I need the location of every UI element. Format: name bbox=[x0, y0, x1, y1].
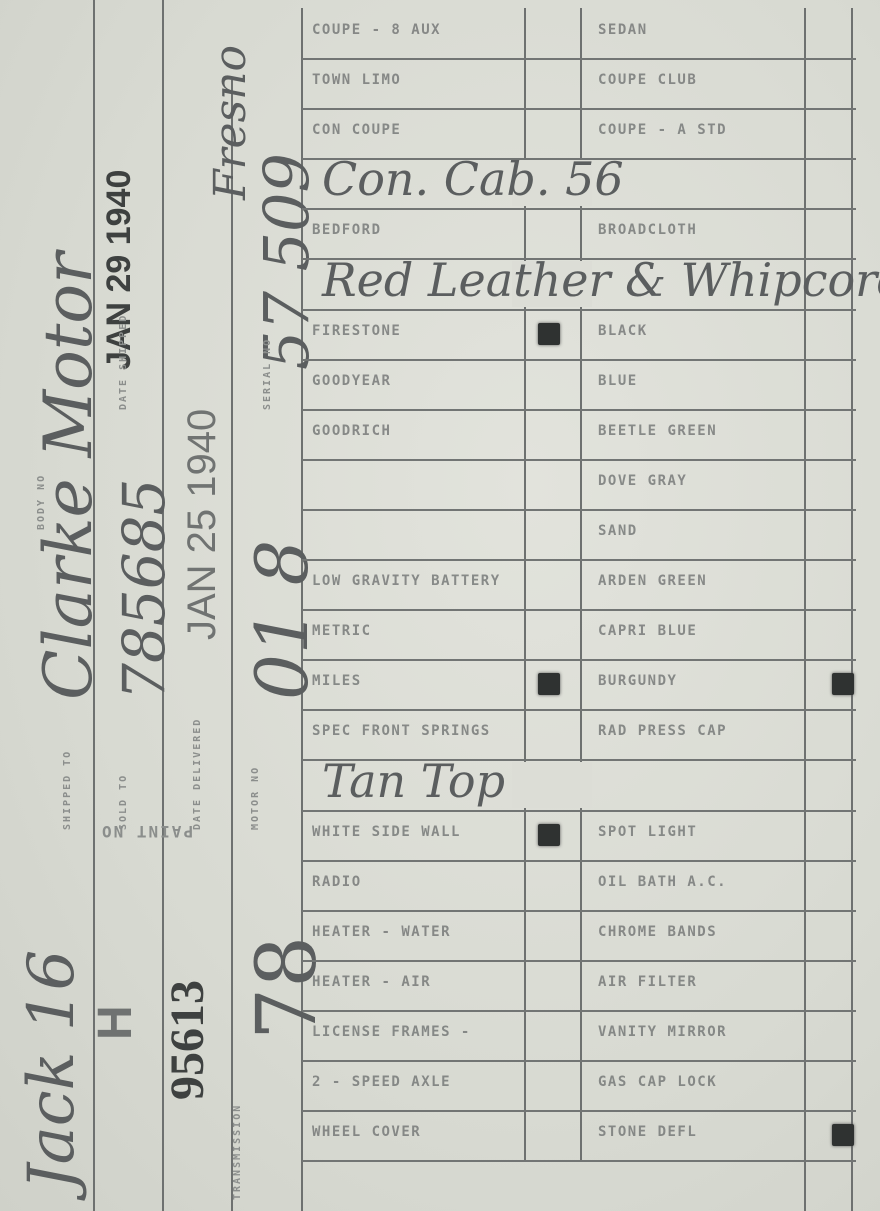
table-row: GOODRICHBEETLE GREEN bbox=[302, 409, 856, 459]
option-label-left: HEATER - WATER bbox=[312, 924, 451, 940]
option-label-right: SPOT LIGHT bbox=[598, 824, 697, 840]
label-date-delivered: DATE DELIVERED bbox=[192, 718, 203, 830]
option-label-right: ARDEN GREEN bbox=[598, 573, 707, 589]
row-divider bbox=[302, 1160, 856, 1162]
option-label-left: METRIC bbox=[312, 623, 372, 639]
option-label-left: CON COUPE bbox=[312, 122, 401, 138]
table-row: RADIOOIL BATH A.C. bbox=[302, 860, 856, 910]
option-label-right: BLACK bbox=[598, 323, 648, 339]
serial-handwriting: 785685 bbox=[110, 479, 178, 700]
option-label-left: LICENSE FRAMES - bbox=[312, 1024, 471, 1040]
label-paint-no: PAINT NO bbox=[100, 822, 193, 841]
table-row: TOWN LIMOCOUPE CLUB bbox=[302, 58, 856, 108]
label-shipped-to: SHIPPED TO bbox=[62, 750, 73, 830]
table-row: HEATER - AIRAIR FILTER bbox=[302, 960, 856, 1010]
label-motor-no: MOTOR NO bbox=[250, 766, 261, 830]
option-label-left: MILES bbox=[312, 673, 362, 689]
option-label-right: AIR FILTER bbox=[598, 974, 697, 990]
stamp-number: 95613 bbox=[160, 980, 215, 1100]
option-label-right: STONE DEFL bbox=[598, 1124, 697, 1140]
option-label-right: CAPRI BLUE bbox=[598, 623, 697, 639]
option-label-right: DOVE GRAY bbox=[598, 473, 687, 489]
table-row: METRICCAPRI BLUE bbox=[302, 609, 856, 659]
option-label-left: RADIO bbox=[312, 874, 362, 890]
table-row: LOW GRAVITY BATTERYARDEN GREEN bbox=[302, 559, 856, 609]
option-label-right: SEDAN bbox=[598, 22, 648, 38]
column-divider bbox=[231, 80, 233, 1211]
option-label-right: SAND bbox=[598, 523, 638, 539]
checkbox-left-checked[interactable] bbox=[538, 323, 560, 345]
table-row: MILESBURGUNDY bbox=[302, 659, 856, 709]
handwritten-entry: Red Leather & Whipcord bbox=[322, 253, 880, 307]
option-label-left: COUPE - 8 AUX bbox=[312, 22, 441, 38]
table-row: GOODYEARBLUE bbox=[302, 359, 856, 409]
table-row: SAND bbox=[302, 509, 856, 559]
city-handwriting: Fresno bbox=[205, 45, 256, 200]
table-row: SPEC FRONT SPRINGSRAD PRESS CAP bbox=[302, 709, 856, 759]
checkbox-right-checked[interactable] bbox=[832, 1124, 854, 1146]
option-label-right: BURGUNDY bbox=[598, 673, 677, 689]
option-label-left: GOODRICH bbox=[312, 423, 391, 439]
label-date-shipped: DATE SHIPPED bbox=[118, 314, 129, 410]
table-row: Con. Cab. 56 bbox=[302, 158, 856, 208]
table-row: HEATER - WATERCHROME BANDS bbox=[302, 910, 856, 960]
table-row: LICENSE FRAMES -VANITY MIRROR bbox=[302, 1010, 856, 1060]
record-card: Clarke Motor 785685 JAN 29 1940 JAN 25 1… bbox=[0, 0, 880, 1211]
option-label-left: GOODYEAR bbox=[312, 373, 391, 389]
option-label-right: GAS CAP LOCK bbox=[598, 1074, 717, 1090]
table-row: DOVE GRAY bbox=[302, 459, 856, 509]
option-label-left: FIRESTONE bbox=[312, 323, 401, 339]
option-label-right: VANITY MIRROR bbox=[598, 1024, 727, 1040]
option-label-left: WHITE SIDE WALL bbox=[312, 824, 461, 840]
option-label-right: OIL BATH A.C. bbox=[598, 874, 727, 890]
option-label-right: CHROME BANDS bbox=[598, 924, 717, 940]
table-row: CON COUPECOUPE - A STD bbox=[302, 108, 856, 158]
table-row: 2 - SPEED AXLEGAS CAP LOCK bbox=[302, 1060, 856, 1110]
option-label-left: WHEEL COVER bbox=[312, 1124, 421, 1140]
table-row: COUPE - 8 AUXSEDAN bbox=[302, 8, 856, 58]
option-label-left: HEATER - AIR bbox=[312, 974, 431, 990]
table-row: WHITE SIDE WALLSPOT LIGHT bbox=[302, 810, 856, 860]
table-row: Red Leather & Whipcord bbox=[302, 259, 856, 309]
option-label-right: COUPE CLUB bbox=[598, 72, 697, 88]
option-label-left: TOWN LIMO bbox=[312, 72, 401, 88]
option-label-left: 2 - SPEED AXLE bbox=[312, 1074, 451, 1090]
table-row: FIRESTONEBLACK bbox=[302, 309, 856, 359]
label-serial-no: SERIAL NO bbox=[262, 338, 273, 410]
handwritten-entry: Tan Top bbox=[322, 754, 505, 808]
label-transmission: TRANSMISSION bbox=[232, 1104, 243, 1200]
table-row: BEDFORDBROADCLOTH bbox=[302, 208, 856, 258]
label-body-no: BODY NO bbox=[36, 474, 47, 530]
option-label-right: BEETLE GREEN bbox=[598, 423, 717, 439]
option-label-right: COUPE - A STD bbox=[598, 122, 727, 138]
option-label-left: LOW GRAVITY BATTERY bbox=[312, 573, 501, 589]
date-stamp-2: JAN 25 1940 bbox=[180, 409, 225, 640]
option-label-right: RAD PRESS CAP bbox=[598, 723, 727, 739]
handwritten-entry: Con. Cab. 56 bbox=[322, 152, 624, 206]
table-row: Tan Top bbox=[302, 760, 856, 810]
option-label-left: SPEC FRONT SPRINGS bbox=[312, 723, 491, 739]
option-label-right: BLUE bbox=[598, 373, 638, 389]
option-label-left: BEDFORD bbox=[312, 222, 382, 238]
checkbox-right-checked[interactable] bbox=[832, 673, 854, 695]
bottom-handwriting: Jack 16 bbox=[15, 950, 89, 1190]
stamp-letter: H bbox=[88, 1005, 143, 1040]
option-label-right: BROADCLOTH bbox=[598, 222, 697, 238]
checkbox-left-checked[interactable] bbox=[538, 673, 560, 695]
checkbox-left-checked[interactable] bbox=[538, 824, 560, 846]
table-row: WHEEL COVERSTONE DEFL bbox=[302, 1110, 856, 1160]
